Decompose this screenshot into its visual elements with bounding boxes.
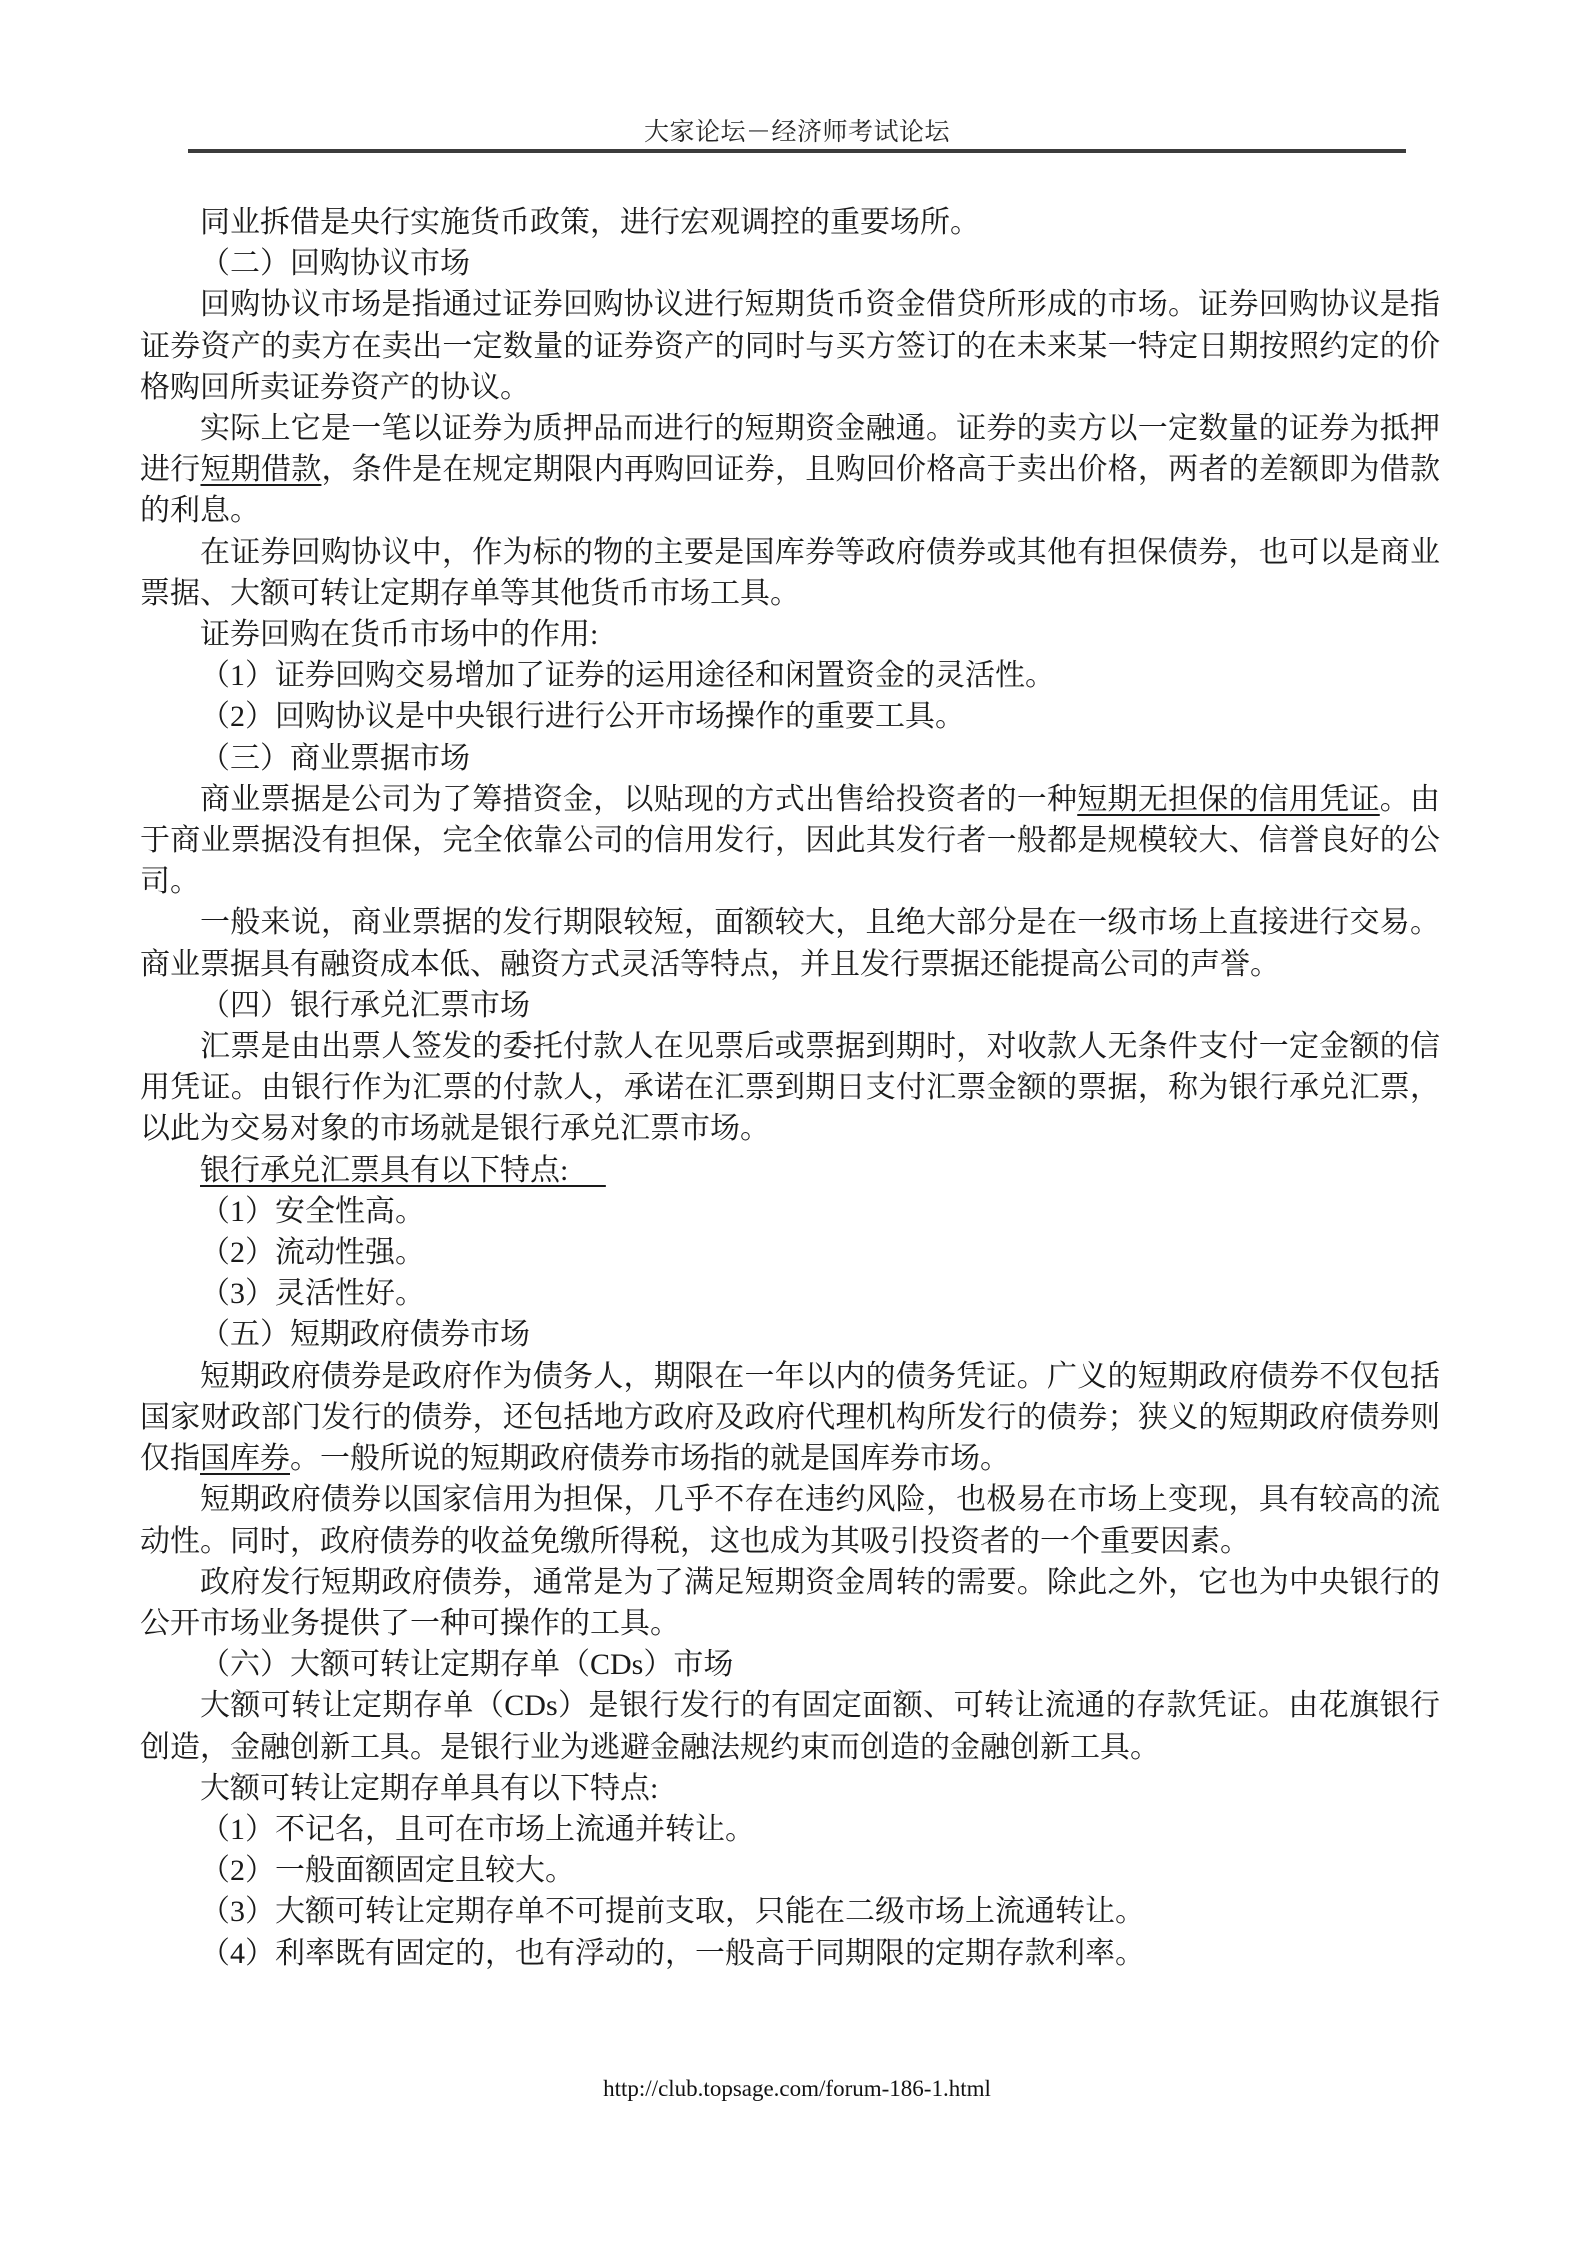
text-run: （3）灵活性好。 bbox=[200, 1277, 425, 1310]
text-run: （二）回购协议市场 bbox=[200, 247, 470, 280]
paragraph: 短期政府债券以国家信用为担保，几乎不存在违约风险，也极易在市场上变现，具有较高的… bbox=[140, 1479, 1440, 1561]
paragraph: （2）回购协议是中央银行进行公开市场操作的重要工具。 bbox=[140, 696, 1440, 737]
text-run: （五）短期政府债券市场 bbox=[200, 1318, 530, 1351]
paragraph: （3）灵活性好。 bbox=[140, 1273, 1440, 1314]
paragraph: 银行承兑汇票具有以下特点: bbox=[140, 1150, 1440, 1191]
paragraph: （2）流动性强。 bbox=[140, 1232, 1440, 1273]
paragraph: （4）利率既有固定的，也有浮动的，一般高于同期限的定期存款利率。 bbox=[140, 1933, 1440, 1974]
paragraph: 回购协议市场是指通过证券回购协议进行短期货币资金借贷所形成的市场。证券回购协议是… bbox=[140, 284, 1440, 408]
paragraph: 商业票据是公司为了筹措资金，以贴现的方式出售给投资者的一种短期无担保的信用凭证。… bbox=[140, 779, 1440, 903]
text-run: （1）安全性高。 bbox=[200, 1195, 425, 1228]
footer-url: http://club.topsage.com/forum-186-1.html bbox=[0, 2076, 1594, 2102]
paragraph: （2）一般面额固定且较大。 bbox=[140, 1850, 1440, 1891]
text-run: （2）流动性强。 bbox=[200, 1236, 425, 1269]
paragraph: 同业拆借是央行实施货币政策，进行宏观调控的重要场所。 bbox=[140, 202, 1440, 243]
document-page: 大家论坛－经济师考试论坛 同业拆借是央行实施货币政策，进行宏观调控的重要场所。（… bbox=[0, 0, 1594, 2252]
underlined-text: 银行承兑汇票具有以下特点: bbox=[200, 1154, 606, 1187]
paragraph: （1）安全性高。 bbox=[140, 1191, 1440, 1232]
text-run: 大额可转让定期存单具有以下特点: bbox=[200, 1772, 658, 1805]
paragraph: 一般来说，商业票据的发行期限较短，面额较大，且绝大部分是在一级市场上直接进行交易… bbox=[140, 902, 1440, 984]
text-run: （四）银行承兑汇票市场 bbox=[200, 989, 530, 1022]
paragraph: （六）大额可转让定期存单（CDs）市场 bbox=[140, 1644, 1440, 1685]
text-run: 。一般所说的短期政府债券市场指的就是国库券市场。 bbox=[290, 1442, 1010, 1475]
paragraph: 大额可转让定期存单（CDs）是银行发行的有固定面额、可转让流通的存款凭证。由花旗… bbox=[140, 1685, 1440, 1767]
paragraph: （1）证券回购交易增加了证券的运用途径和闲置资金的灵活性。 bbox=[140, 655, 1440, 696]
paragraph: 实际上它是一笔以证券为质押品而进行的短期资金融通。证券的卖方以一定数量的证券为抵… bbox=[140, 408, 1440, 532]
text-run: 证券回购在货币市场中的作用: bbox=[200, 618, 598, 651]
text-run: ，条件是在规定期限内再购回证券，且购回价格高于卖出价格，两者的差额即为借款的利息… bbox=[140, 453, 1440, 527]
text-run: （2）一般面额固定且较大。 bbox=[200, 1854, 575, 1887]
text-run: （1）不记名，且可在市场上流通并转让。 bbox=[200, 1813, 755, 1846]
paragraph: 在证券回购协议中，作为标的物的主要是国库券等政府债券或其他有担保债券，也可以是商… bbox=[140, 532, 1440, 614]
underlined-text: 国库券 bbox=[200, 1442, 290, 1475]
text-run: （2）回购协议是中央银行进行公开市场操作的重要工具。 bbox=[200, 700, 965, 733]
text-run: （六）大额可转让定期存单（CDs）市场 bbox=[200, 1648, 733, 1681]
text-run: （3）大额可转让定期存单不可提前支取，只能在二级市场上流通转让。 bbox=[200, 1895, 1145, 1928]
header-rule bbox=[188, 149, 1406, 153]
text-run: 汇票是由出票人签发的委托付款人在见票后或票据到期时，对收款人无条件支付一定金额的… bbox=[140, 1030, 1440, 1145]
paragraph: 政府发行短期政府债券，通常是为了满足短期资金周转的需要。除此之外，它也为中央银行… bbox=[140, 1562, 1440, 1644]
text-run: 大额可转让定期存单（CDs）是银行发行的有固定面额、可转让流通的存款凭证。由花旗… bbox=[140, 1689, 1440, 1763]
text-run: 回购协议市场是指通过证券回购协议进行短期货币资金借贷所形成的市场。证券回购协议是… bbox=[140, 288, 1440, 403]
text-run: （4）利率既有固定的，也有浮动的，一般高于同期限的定期存款利率。 bbox=[200, 1937, 1145, 1970]
paragraph: （1）不记名，且可在市场上流通并转让。 bbox=[140, 1809, 1440, 1850]
text-run: 在证券回购协议中，作为标的物的主要是国库券等政府债券或其他有担保债券，也可以是商… bbox=[140, 536, 1440, 610]
text-run: 政府发行短期政府债券，通常是为了满足短期资金周转的需要。除此之外，它也为中央银行… bbox=[140, 1566, 1440, 1640]
paragraph: （五）短期政府债券市场 bbox=[140, 1314, 1440, 1355]
text-run: 同业拆借是央行实施货币政策，进行宏观调控的重要场所。 bbox=[200, 206, 980, 239]
paragraph: （四）银行承兑汇票市场 bbox=[140, 985, 1440, 1026]
paragraph: 短期政府债券是政府作为债务人，期限在一年以内的债务凭证。广义的短期政府债券不仅包… bbox=[140, 1356, 1440, 1480]
document-body: 同业拆借是央行实施货币政策，进行宏观调控的重要场所。（二）回购协议市场回购协议市… bbox=[140, 202, 1440, 1974]
paragraph: （3）大额可转让定期存单不可提前支取，只能在二级市场上流通转让。 bbox=[140, 1891, 1440, 1932]
text-run: 商业票据是公司为了筹措资金，以贴现的方式出售给投资者的一种 bbox=[200, 783, 1077, 816]
paragraph: 大额可转让定期存单具有以下特点: bbox=[140, 1768, 1440, 1809]
underlined-text: 短期无担保的信用凭证 bbox=[1077, 783, 1380, 816]
paragraph: （三）商业票据市场 bbox=[140, 738, 1440, 779]
text-run: 一般来说，商业票据的发行期限较短，面额较大，且绝大部分是在一级市场上直接进行交易… bbox=[140, 906, 1440, 980]
paragraph: 汇票是由出票人签发的委托付款人在见票后或票据到期时，对收款人无条件支付一定金额的… bbox=[140, 1026, 1440, 1150]
text-run: （1）证券回购交易增加了证券的运用途径和闲置资金的灵活性。 bbox=[200, 659, 1055, 692]
text-run: 短期政府债券以国家信用为担保，几乎不存在违约风险，也极易在市场上变现，具有较高的… bbox=[140, 1483, 1440, 1557]
page-header-title: 大家论坛－经济师考试论坛 bbox=[0, 112, 1594, 148]
paragraph: 证券回购在货币市场中的作用: bbox=[140, 614, 1440, 655]
underlined-text: 短期借款 bbox=[200, 453, 321, 486]
text-run: （三）商业票据市场 bbox=[200, 742, 470, 775]
paragraph: （二）回购协议市场 bbox=[140, 243, 1440, 284]
